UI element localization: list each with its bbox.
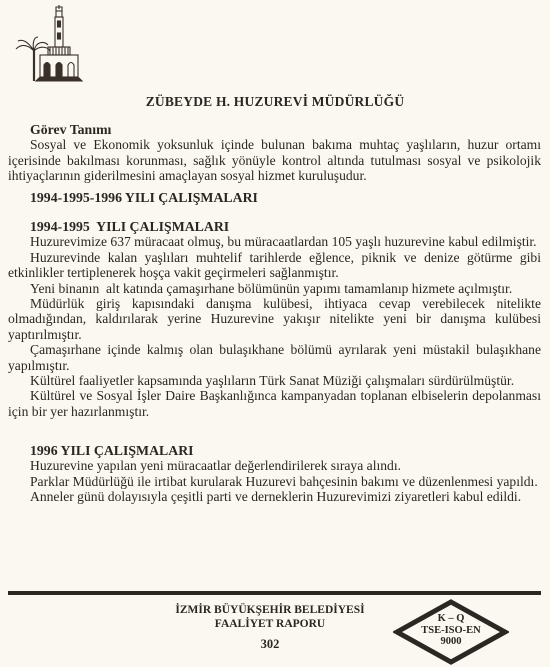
paragraph: Kültürel ve Sosyal İşler Daire Başkanlığ… <box>8 388 541 419</box>
paragraph: Kültürel faaliyetler kapsamında yaşlılar… <box>8 373 541 388</box>
paragraph: Huzurevinde kalan yaşlıları muhtelif tar… <box>8 250 541 281</box>
paragraph: Huzurevine yapılan yeni müracaatlar değe… <box>8 458 541 473</box>
paragraph: Müdürlük giriş kapısındaki danışma kulüb… <box>8 296 541 342</box>
badge-line-3: 9000 <box>393 636 509 648</box>
section-1994-heading: 1994-1995 YILI ÇALIŞMALARI <box>8 219 541 234</box>
section-1996: 1996 YILI ÇALIŞMALARI Huzurevine yapılan… <box>8 443 541 505</box>
paragraph: Çamaşırhane içinde kalmış olan bulaşıkha… <box>8 342 541 373</box>
task-description: Sosyal ve Ekonomik yoksunluk içinde bulu… <box>8 137 541 183</box>
footer-org-name: İZMİR BÜYÜKŞEHİR BELEDİYESİ <box>145 604 395 618</box>
badge-line-2: TSE-ISO-EN <box>393 625 509 637</box>
page-title: ZÜBEYDE H. HUZUREVİ MÜDÜRLÜĞÜ <box>0 94 550 110</box>
section-1996-heading: 1996 YILI ÇALIŞMALARI <box>8 443 541 458</box>
section-1994-1995: 1994-1995 YILI ÇALIŞMALARI Huzurevimize … <box>8 219 541 419</box>
paragraph: Huzurevimize 637 müracaat olmuş, bu müra… <box>8 234 541 249</box>
badge-line-1: K – Q <box>393 613 509 625</box>
certification-text: K – Q TSE-ISO-EN 9000 <box>393 613 509 648</box>
footer-report-name: FAALİYET RAPORU <box>145 618 395 632</box>
task-heading: Görev Tanımı <box>8 122 541 137</box>
main-section: 1994-1995-1996 YILI ÇALIŞMALARI <box>8 190 541 205</box>
footer-divider <box>8 591 541 595</box>
task-section: Görev Tanımı Sosyal ve Ekonomik yoksunlu… <box>8 122 541 184</box>
clock-tower-logo-icon <box>12 3 88 83</box>
main-section-heading: 1994-1995-1996 YILI ÇALIŞMALARI <box>8 190 541 205</box>
paragraph: Yeni binanın alt katında çamaşırhane böl… <box>8 281 541 296</box>
paragraph: Parklar Müdürlüğü ile irtibat kurularak … <box>8 474 541 489</box>
footer-organization: İZMİR BÜYÜKŞEHİR BELEDİYESİ FAALİYET RAP… <box>145 604 395 631</box>
page-number: 302 <box>195 637 345 652</box>
paragraph: Anneler günü dolayısıyla çeşitli parti v… <box>8 489 541 504</box>
